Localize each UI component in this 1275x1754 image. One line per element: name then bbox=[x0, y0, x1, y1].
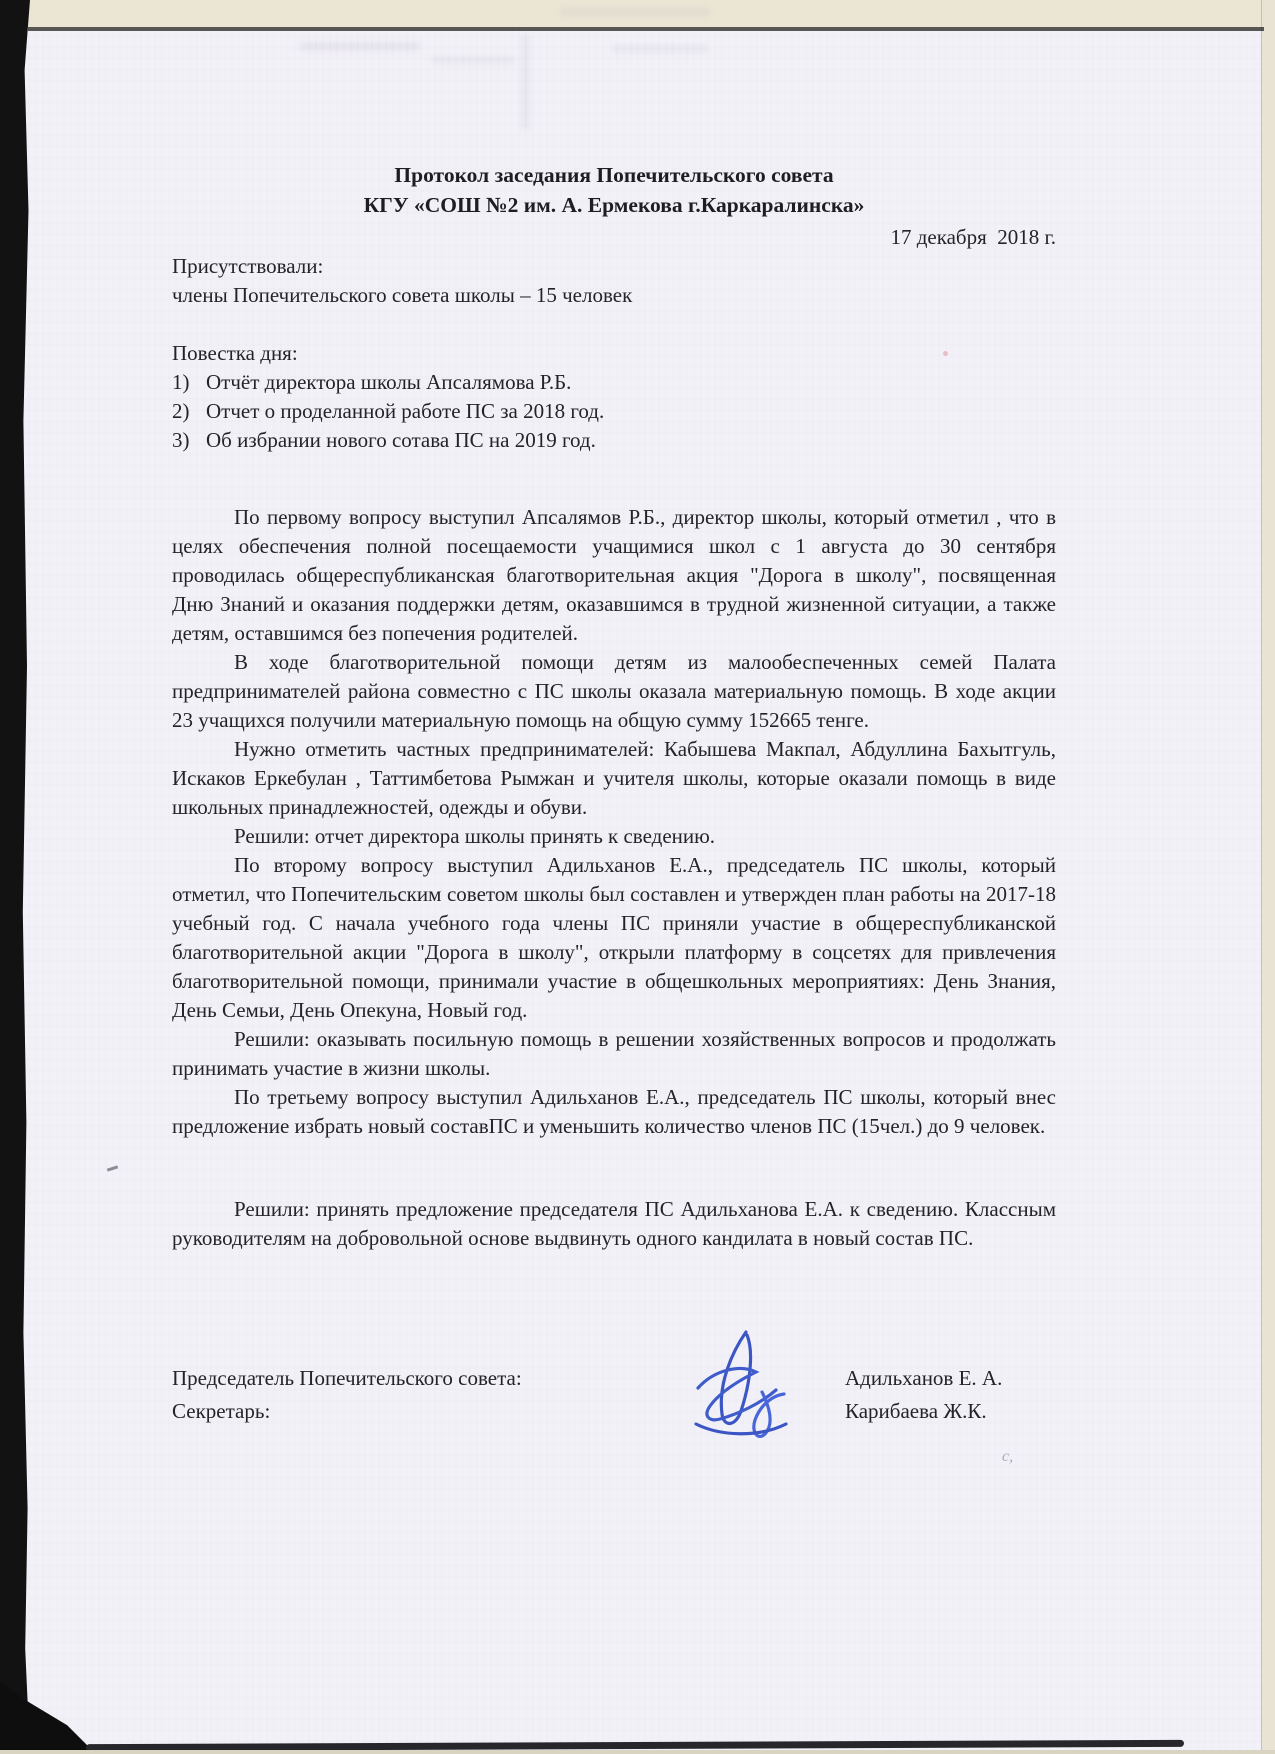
agenda-item: 1)Отчёт директора школы Апсалямова Р.Б. bbox=[172, 368, 1056, 397]
paragraph-decision-3: Решили: принять предложение председателя… bbox=[172, 1195, 1056, 1253]
agenda-item: 3)Об избрании нового сотава ПС на 2019 г… bbox=[172, 426, 1056, 455]
scanner-bed-bottom-strip bbox=[0, 1750, 1275, 1754]
signature-image bbox=[674, 1326, 834, 1446]
chairman-label: Председатель Попечительского совета: bbox=[172, 1364, 522, 1393]
attendees-value: члены Попечительского совета школы – 15 … bbox=[172, 281, 1056, 310]
scanner-bed-right-strip bbox=[1261, 0, 1275, 1754]
agenda-item-text: Отчет о проделанной работе ПС за 2018 го… bbox=[206, 399, 604, 423]
agenda-item-text: Об избрании нового сотава ПС на 2019 год… bbox=[206, 428, 596, 452]
signature-block: Председатель Попечительского совета: Сек… bbox=[172, 1352, 1056, 1492]
page-left-dark-edge bbox=[0, 0, 30, 1754]
bleed-through-smudge bbox=[521, 34, 530, 130]
paragraph-decision-1: Решили: отчет директора школы принять к … bbox=[172, 822, 1056, 851]
page-top-edge-line bbox=[28, 27, 1264, 31]
agenda-item-number: 2) bbox=[172, 397, 206, 426]
margin-tick-mark bbox=[107, 1165, 118, 1171]
agenda-heading: Повестка дня: bbox=[172, 339, 1056, 368]
bleed-through-smudge bbox=[432, 56, 514, 64]
scanned-page: с, Протокол заседания Попечительского со… bbox=[0, 0, 1275, 1754]
agenda-item-number: 1) bbox=[172, 368, 206, 397]
bleed-through-smudge bbox=[560, 8, 710, 16]
paragraph-entrepreneurs: Нужно отметить частных предпринимателей:… bbox=[172, 735, 1056, 822]
agenda-item-text: Отчёт директора школы Апсалямова Р.Б. bbox=[206, 370, 571, 394]
paragraph-charity-aid: В ходе благотворительной помощи детям из… bbox=[172, 648, 1056, 735]
document-title: Протокол заседания Попечительского совет… bbox=[172, 160, 1056, 190]
attendees-label: Присутствовали: bbox=[172, 252, 1056, 281]
page-bottom-left-dark-corner bbox=[0, 1682, 96, 1754]
secretary-label: Секретарь: bbox=[172, 1397, 270, 1426]
agenda-item-number: 3) bbox=[172, 426, 206, 455]
chairman-name: Адильханов Е. А. bbox=[845, 1364, 1002, 1393]
document-subtitle: КГУ «СОШ №2 им. А. Ермекова г.Каркаралин… bbox=[172, 190, 1056, 220]
secretary-name: Карибаева Ж.К. bbox=[845, 1397, 987, 1426]
paragraph-question-1: По первому вопросу выступил Апсалямов Р.… bbox=[172, 503, 1056, 648]
bleed-through-smudge bbox=[612, 44, 708, 54]
agenda-item: 2)Отчет о проделанной работе ПС за 2018 … bbox=[172, 397, 1056, 426]
paragraph-question-3: По третьему вопросу выступил Адильханов … bbox=[172, 1083, 1056, 1141]
paragraph-question-2: По второму вопросу выступил Адильханов Е… bbox=[172, 851, 1056, 1025]
paragraph-decision-2: Решили: оказывать посильную помощь в реш… bbox=[172, 1025, 1056, 1083]
document-date: 17 декабря 2018 г. bbox=[172, 222, 1056, 252]
document-body: Протокол заседания Попечительского совет… bbox=[172, 160, 1056, 1253]
bleed-through-smudge bbox=[300, 42, 420, 51]
